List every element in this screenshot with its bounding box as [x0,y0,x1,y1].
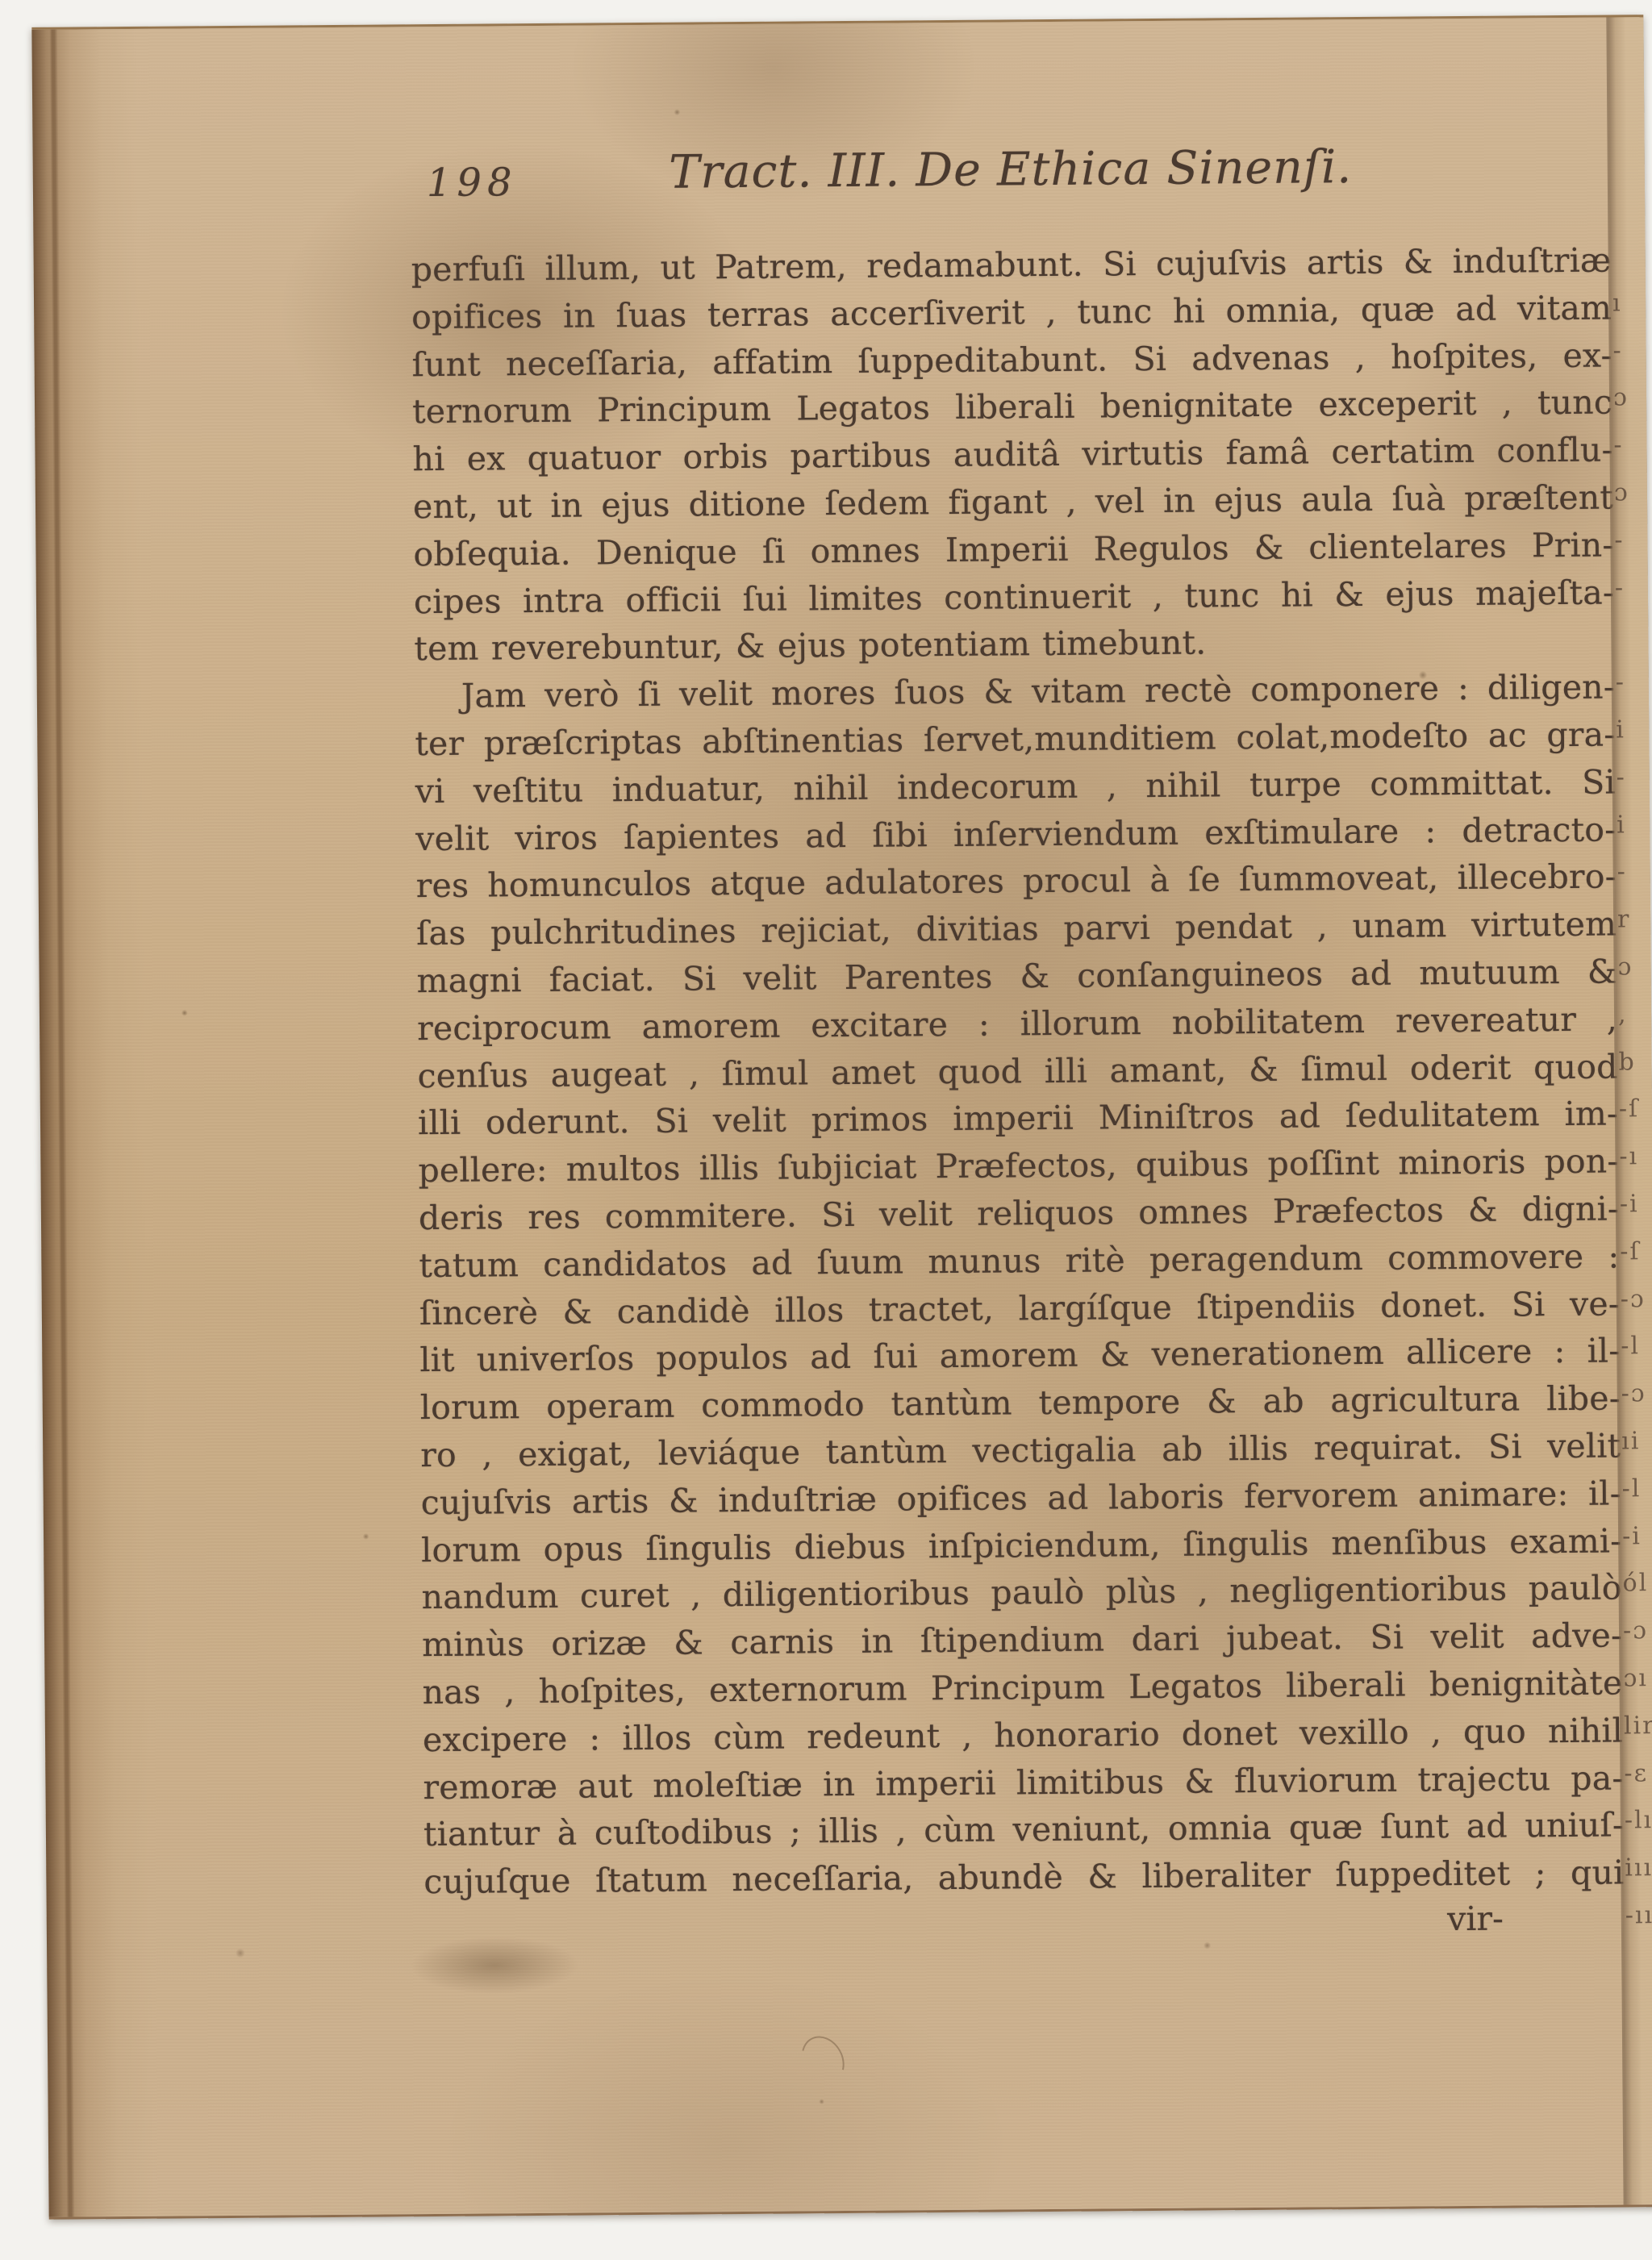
bleed-fragment: -ſ [1620,1237,1652,1285]
bleed-fragment: -lı [1625,1807,1652,1854]
bleed-fragment: ól [1622,1570,1652,1617]
bleed-fragment: ıi [1621,1427,1652,1474]
bleed-fragment: - [1614,526,1646,573]
text-line: cujuſque ſtatum neceſſaria, abundè & lib… [423,1851,1624,1908]
bleed-fragment: -ſ [1619,1095,1651,1143]
book-page: 198 Tract. III. De Ethica Sinenſi. perfu… [31,15,1652,2220]
bleed-fragment: ɔ [1617,953,1650,1000]
bleed-fragment: b [1618,1048,1650,1095]
bleed-fragment: ɔ [1613,384,1646,432]
bleed-fragment: -i [1620,1190,1652,1237]
bleed-fragment: -l [1621,1332,1652,1380]
bleed-fragment: -l [1622,1474,1652,1522]
text-block: perfuſi illum, ut Patrem, redamabunt. Si… [411,239,1625,1966]
bleed-fragment: - [1617,858,1650,906]
hair-mark [793,2029,852,2091]
bleed-fragment: iıı [1625,1853,1652,1901]
bleed-fragment: -ɔ [1621,1285,1652,1332]
bleed-fragment: - [1617,763,1649,811]
bleed-fragment: ɔ [1614,478,1646,526]
bleed-fragment: -ıı [1625,1901,1652,1949]
bleed-fragment: -ɔ [1623,1616,1652,1664]
bleed-fragment: - [1615,573,1647,621]
bleed-fragment: -i [1622,1522,1652,1570]
bleed-fragment: lir [1624,1712,1652,1759]
binding-gutter [31,29,155,2217]
scanner-background: { "page": { "number": "198", "header_tit… [0,0,1652,2260]
bleed-fragment: ı [1612,289,1645,336]
bleed-fragment: - [1612,336,1645,384]
bleed-fragment: -ɛ [1624,1759,1652,1807]
bleed-fragment: -ɔ [1621,1379,1652,1427]
bleed-fragment: ɔı [1623,1664,1652,1712]
bleed-fragment: i [1616,715,1648,763]
bleed-fragment: - [1616,668,1648,715]
bleed-fragment: r [1617,905,1650,953]
catchword: vir- [1447,1899,1504,1939]
bleed-fragment: , [1618,1000,1650,1048]
bleed-fragment: -ı [1619,1142,1651,1190]
bleed-fragment: - [1613,431,1646,478]
running-header-title: Tract. III. De Ethica Sinenſi. [411,139,1611,202]
bleed-fragment: i [1617,811,1649,858]
